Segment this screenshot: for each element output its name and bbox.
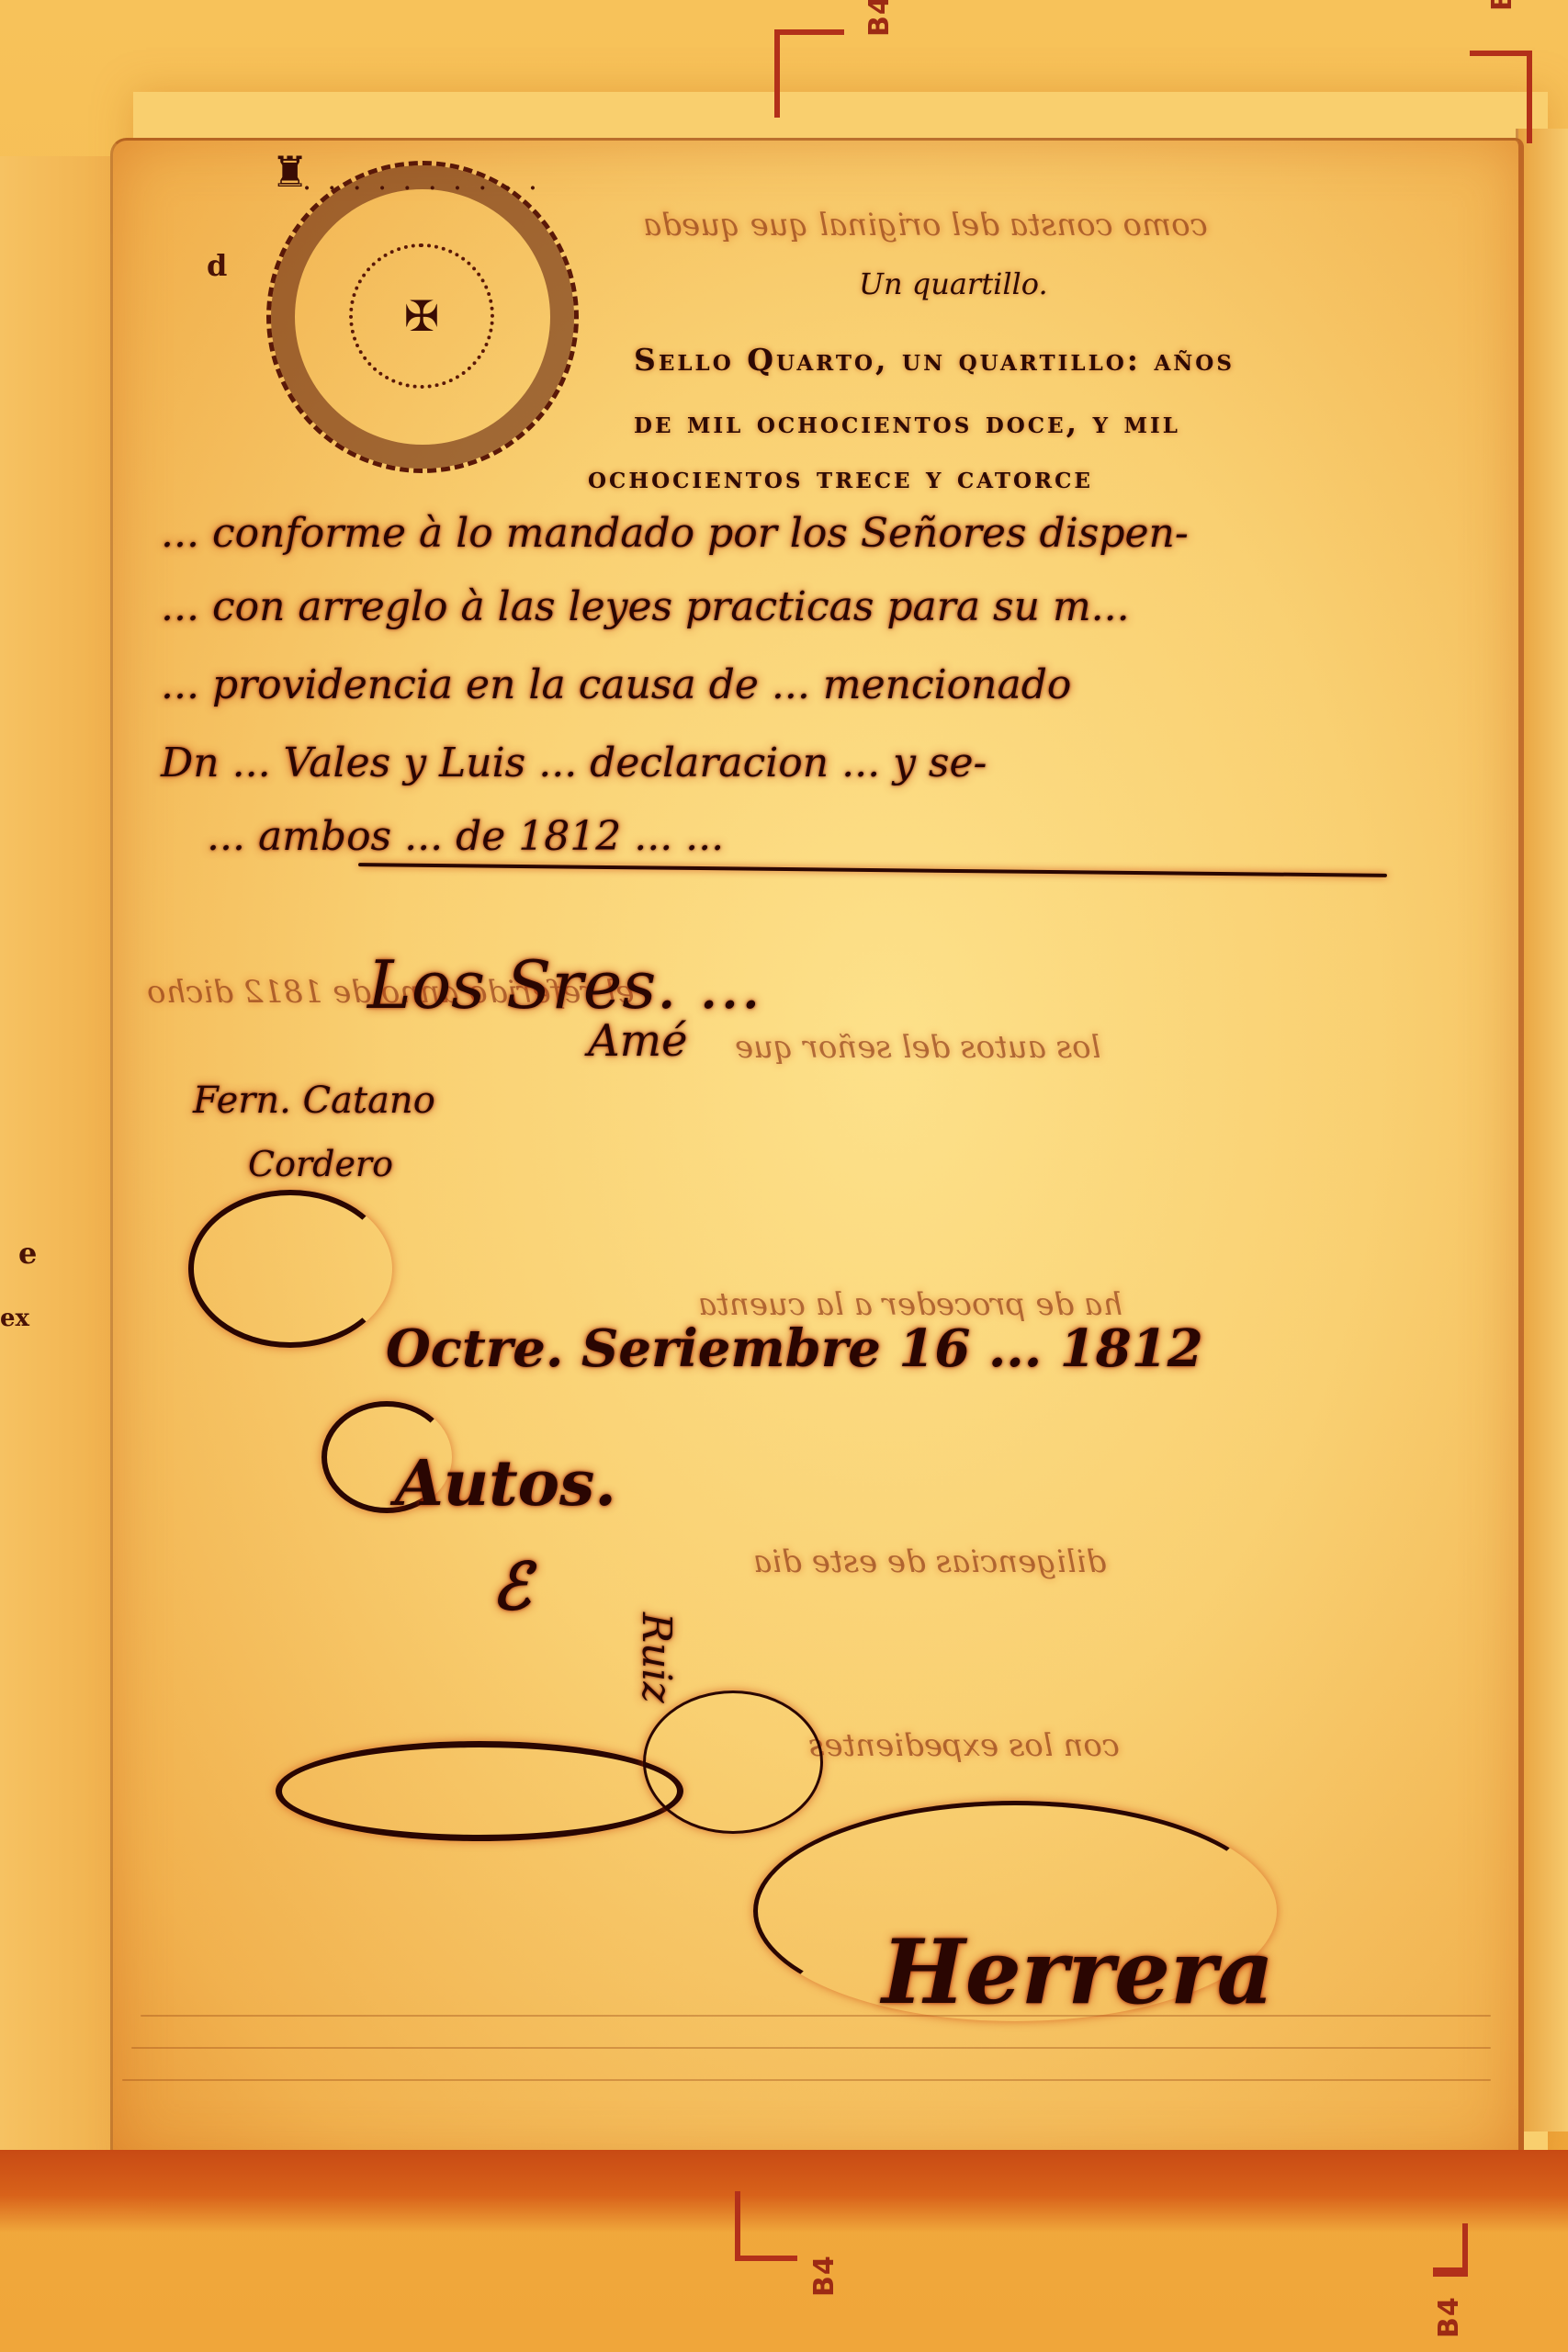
bleed-through-text: diligencias de este dia: [753, 1543, 1106, 1580]
handwritten-line-2: ... con arreglo à las leyes practicas pa…: [161, 583, 1130, 630]
seal-ring-text: · · · · · · · · · ·: [271, 176, 574, 200]
date-line: Octre. Seriembre 16 ... 1812: [386, 1318, 1203, 1379]
stamp-denomination: Un quartillo.: [859, 266, 1048, 301]
page-crease: [122, 2079, 1491, 2081]
name-left-2: Cordero: [248, 1144, 393, 1184]
rubric-mark-top: ℰ: [491, 1548, 530, 1624]
crop-label-bottom-left: B4: [808, 2255, 840, 2297]
crop-mark-top-left: [774, 29, 844, 118]
stamp-header-line-2: de mil ochocientos doce, y mil: [634, 404, 1180, 440]
signature-herrera: Herrera: [882, 1920, 1274, 2024]
stamp-header-line-1: Sello Quarto, un quartillo: años: [634, 342, 1235, 378]
handwritten-line-1: ... conforme à lo mandado por los Señore…: [161, 510, 1189, 557]
crop-label-top-left: B4: [863, 0, 896, 37]
rubric-loop-bottom: [276, 1741, 683, 1841]
bleed-through-text: como consta del original que queda: [643, 207, 1208, 243]
handwritten-line-4: Dn ... Vales y Luis ... declaracion ... …: [161, 740, 987, 786]
signature-1: Los Sres. ...: [367, 946, 761, 1023]
page-crease: [141, 2015, 1491, 2017]
rubric-circle-center: [643, 1690, 823, 1834]
bleed-through-text: con los expedientes: [808, 1727, 1120, 1764]
closing-autos: Autos.: [395, 1447, 616, 1521]
flourish-left: [188, 1190, 392, 1348]
name-left: Fern. Catano: [193, 1080, 435, 1122]
crop-label-top-right: B4: [1486, 0, 1518, 11]
handwritten-line-3: ... providencia en la causa de ... menci…: [161, 661, 1071, 708]
handwritten-line-5: ... ambos ... de 1812 ... ...: [207, 813, 724, 860]
rubric-center: Ruiz: [633, 1612, 680, 1703]
margin-mark: d: [207, 248, 227, 283]
cross-icon: ✠: [404, 291, 440, 341]
page-crease: [131, 2047, 1491, 2049]
margin-mark: ex: [0, 1305, 29, 1332]
crop-mark-top-right: [1470, 51, 1532, 143]
crop-mark-bottom-right: [1433, 2223, 1468, 2277]
official-seal: · · · · · · · · · · ✠: [266, 161, 579, 473]
crop-label-bottom-right: B4: [1433, 2296, 1465, 2338]
stamp-header-line-3: ochocientos trece y catorce: [588, 459, 1093, 495]
crop-mark-bottom-left: [735, 2191, 797, 2261]
margin-mark: e: [18, 1236, 37, 1271]
bleed-through-text: los autos del señor que: [735, 1029, 1101, 1066]
signature-1-sub: Amé: [588, 1015, 688, 1067]
bleed-through-text: ha de proceder a la cuenta: [698, 1286, 1122, 1323]
seal-coat-of-arms-icon: ✠: [349, 243, 494, 389]
